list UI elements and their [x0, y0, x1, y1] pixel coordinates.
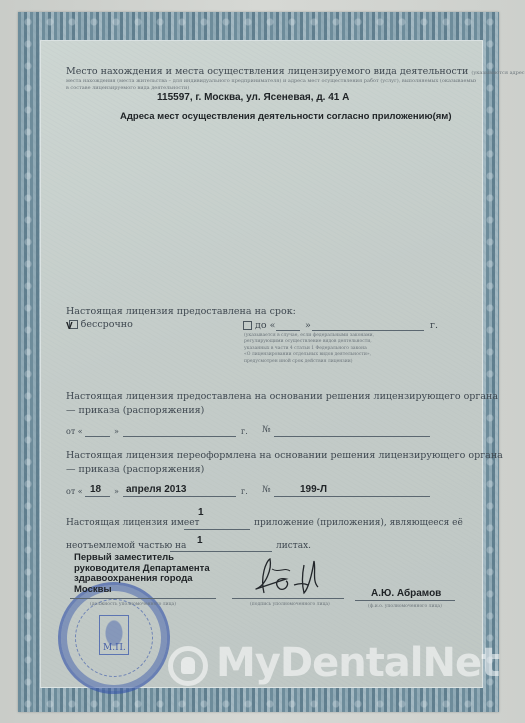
signature-line	[232, 598, 344, 599]
reissued-number: 199-Л	[300, 484, 327, 495]
reissued-heading-1: Настоящая лицензия переоформлена на осно…	[66, 450, 503, 461]
watermark-text: MyDentalNet	[216, 640, 499, 686]
reissued-day-field[interactable]	[85, 496, 110, 497]
name-caption: (ф.и.о. уполномоченного лица)	[368, 603, 442, 610]
signature-caption: (подпись уполномоченного лица)	[250, 601, 330, 608]
appendix-line-1-suffix: приложение (приложения), являющееся её	[254, 518, 463, 528]
stamp-mark: М.П.	[103, 643, 126, 653]
position-caption: (должность уполномоченного лица)	[90, 601, 176, 608]
name-line	[355, 600, 455, 601]
granted-month-field[interactable]	[123, 436, 236, 437]
location-heading-text: Место нахождения и места осуществления л…	[66, 66, 468, 77]
until-prefix: до «	[255, 320, 275, 331]
address: 115597, г. Москва, ул. Ясеневая, д. 41 А	[157, 92, 349, 103]
appendix-sheets-field[interactable]	[170, 551, 272, 552]
until-month-line	[312, 330, 424, 331]
until-note: (указывается в случае, если федеральными…	[244, 333, 374, 365]
reissued-month-year: апреля 2013	[126, 484, 186, 495]
tooth-icon	[168, 646, 208, 686]
reissued-heading-2: — приказа (распоряжения)	[66, 464, 204, 475]
reissued-month-field[interactable]	[123, 496, 236, 497]
signer-position-line-1: Первый заместитель	[74, 553, 210, 564]
reissued-number-field[interactable]	[274, 496, 430, 497]
appendix-line-1-prefix: Настоящая лицензия имеет	[66, 518, 200, 528]
location-heading: Место нахождения и места осуществления л…	[66, 66, 525, 77]
granted-heading-1: Настоящая лицензия предоставлена на осно…	[66, 391, 498, 402]
appendix-sheets: 1	[197, 535, 203, 546]
reissued-from-label: от «	[66, 487, 83, 496]
appendix-line-2-prefix: неотъемлемой частью на	[66, 541, 186, 551]
appendix-count: 1	[198, 507, 204, 518]
addresses-note: Адреса мест осуществления деятельности с…	[120, 111, 452, 122]
indefinite-label: бессрочно	[81, 319, 133, 330]
reissued-year-label: г.	[241, 487, 248, 496]
check-mark-icon: V	[66, 321, 73, 332]
until-day-line	[276, 330, 300, 331]
signer-position: Первый заместитель руководителя Департам…	[74, 553, 210, 595]
granted-quote-close: »	[114, 427, 119, 436]
reissued-number-label: №	[262, 485, 271, 495]
term-indefinite-option[interactable]: Vбессрочно	[66, 319, 133, 330]
signer-position-line-3: здравоохранения города	[74, 574, 210, 585]
granted-year-label: г.	[241, 427, 248, 436]
handwritten-signature	[246, 555, 336, 599]
appendix-count-field[interactable]	[184, 529, 250, 530]
appendix-line-2-suffix: листах.	[276, 541, 311, 551]
location-note-1: (указываются адрес	[471, 70, 524, 76]
granted-day-field[interactable]	[85, 436, 110, 437]
position-line	[70, 598, 216, 599]
until-mid: »	[305, 320, 311, 331]
granted-number-label: №	[262, 425, 271, 435]
granted-number-field[interactable]	[274, 436, 430, 437]
until-checkbox[interactable]	[243, 321, 252, 330]
term-heading: Настоящая лицензия предоставлена на срок…	[66, 306, 296, 317]
signer-name: А.Ю. Абрамов	[371, 588, 441, 599]
granted-heading-2: — приказа (распоряжения)	[66, 405, 204, 416]
granted-from-label: от «	[66, 427, 83, 436]
until-suffix: г.	[430, 320, 438, 331]
location-note-2: места нахождения (места жительства – для…	[66, 78, 476, 85]
reissued-day: 18	[90, 484, 101, 495]
signer-position-line-4: Москвы	[74, 585, 210, 596]
location-note-3: в составе лицензируемого вида деятельнос…	[66, 85, 189, 92]
reissued-quote-close: »	[114, 487, 119, 496]
